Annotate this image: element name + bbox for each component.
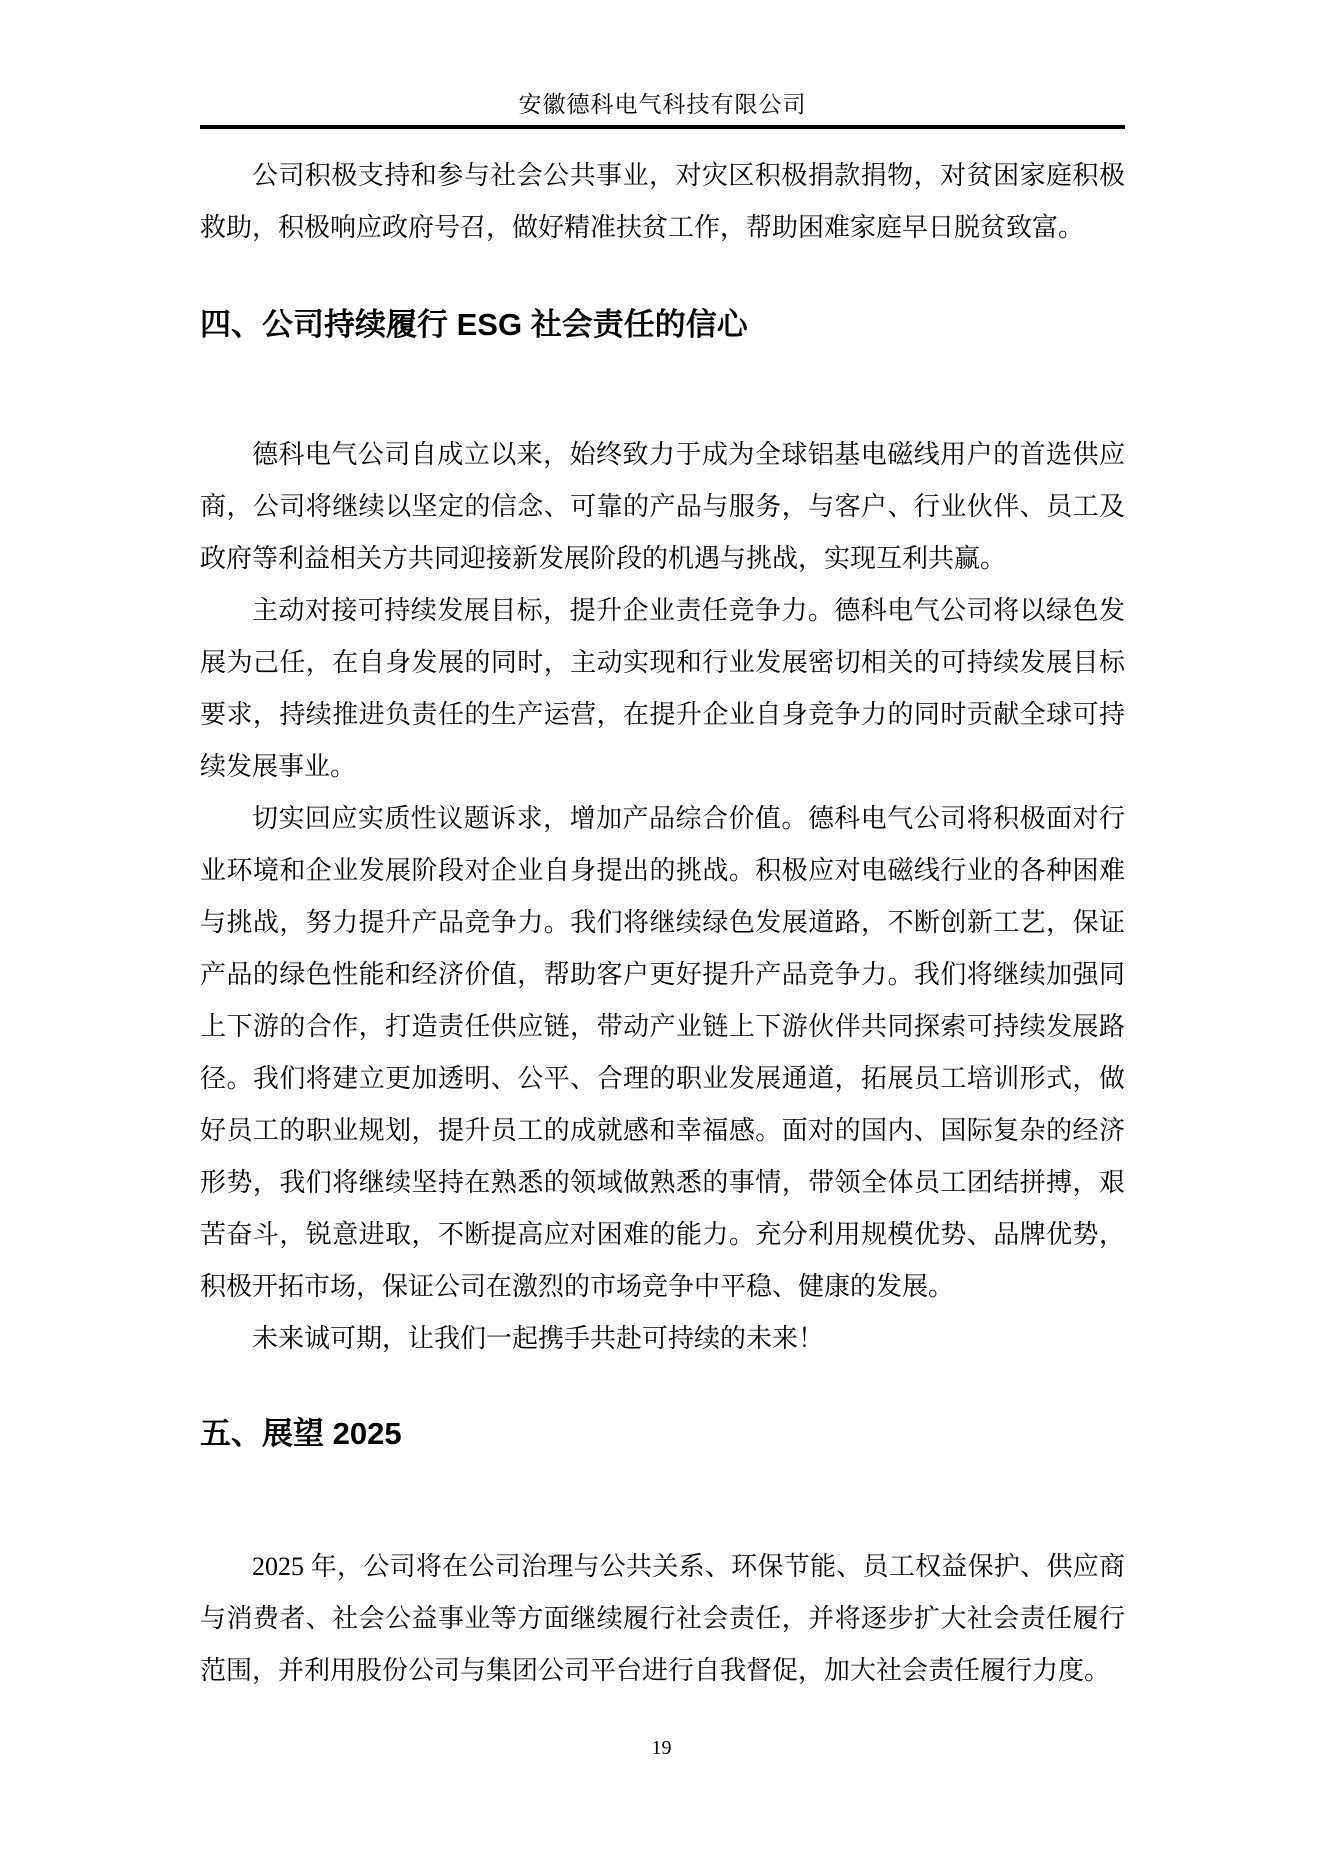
section-heading-esg-confidence: 四、公司持续履行 ESG 社会责任的信心: [200, 303, 1125, 347]
page-footer: 19: [0, 1735, 1323, 1761]
page-header: 安徽德科电气科技有限公司: [200, 0, 1125, 129]
document-body: 公司积极支持和参与社会公共事业，对灾区积极捐款捐物，对贫困家庭积极救助，积极响应…: [200, 150, 1125, 1697]
paragraph-social-welfare: 公司积极支持和参与社会公共事业，对灾区积极捐款捐物，对贫困家庭积极救助，积极响应…: [200, 150, 1125, 254]
page-number: 19: [0, 1735, 1323, 1761]
paragraph-esg-future-promise: 未来诚可期，让我们一起携手共赴可持续的未来！: [200, 1313, 1125, 1365]
document-page: 安徽德科电气科技有限公司 公司积极支持和参与社会公共事业，对灾区积极捐款捐物，对…: [0, 0, 1323, 1871]
paragraph-esg-sustainable-goals: 主动对接可持续发展目标，提升企业责任竞争力。德科电气公司将以绿色发展为己任，在自…: [200, 585, 1125, 793]
company-name-header: 安徽德科电气科技有限公司: [200, 92, 1125, 118]
paragraph-outlook-2025: 2025 年，公司将在公司治理与公共关系、环保节能、员工权益保护、供应商与消费者…: [200, 1541, 1125, 1697]
section-heading-outlook-2025: 五、展望 2025: [200, 1412, 1125, 1456]
paragraph-esg-company-founding: 德科电气公司自成立以来，始终致力于成为全球铝基电磁线用户的首选供应商，公司将继续…: [200, 429, 1125, 585]
paragraph-esg-material-issues: 切实回应实质性议题诉求，增加产品综合价值。德科电气公司将积极面对行业环境和企业发…: [200, 793, 1125, 1313]
